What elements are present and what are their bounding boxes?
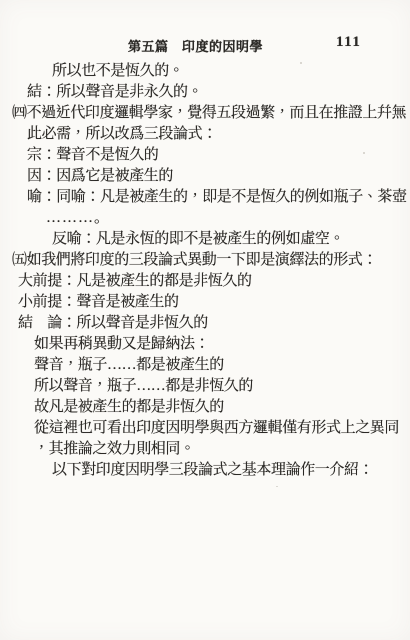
text-line: 聲音，瓶子……都是被產生的 (34, 355, 404, 376)
page-header: 第五篇 印度的因明學 111 (0, 36, 410, 56)
text-line: ，其推論之效力則相同。 (34, 439, 404, 460)
text-line: 反喻：凡是永恆的即不是被產生的例如虛空。 (52, 229, 404, 250)
text-line: ㈤如我們將印度的三段論式異動一下即是演繹法的形式： (12, 250, 404, 271)
text-line: 宗：聲音不是恆久的 (27, 145, 404, 166)
text-line: 如果再稍異動又是歸納法： (34, 334, 404, 355)
scan-speck (300, 62, 302, 64)
scan-speck (276, 486, 278, 487)
text-line: 結 論：所以聲音是非恆久的 (18, 313, 404, 334)
text-line: ㈣不過近代印度邏輯學家，覺得五段過繁，而且在推證上幷無 (12, 103, 404, 124)
scan-speck (363, 152, 365, 154)
text-line: 以下對印度因明學三段論式之基本理論作一介紹： (52, 460, 404, 481)
book-page: 第五篇 印度的因明學 111 所以也不是恆久的。 結：所以聲音是非永久的。 ㈣不… (0, 0, 410, 640)
text-line: 小前提：聲音是被產生的 (18, 292, 404, 313)
page-number: 111 (336, 34, 361, 51)
text-line: 此必需，所以改爲三段論式： (27, 124, 404, 145)
text-line: 大前提：凡是被產生的都是非恆久的 (18, 271, 404, 292)
text-line: 結：所以聲音是非永久的。 (27, 82, 404, 103)
text-line: 所以也不是恆久的。 (52, 61, 404, 82)
text-line-ellipsis: ………。 (46, 208, 404, 229)
chapter-heading: 第五篇 印度的因明學 (128, 36, 263, 55)
text-line: 從這裡也可看出印度因明學與西方邏輯僅有形式上之異同 (34, 418, 404, 439)
text-line: 故凡是被產生的都是非恆久的 (34, 397, 404, 418)
text-line: 所以聲音，瓶子……都是非恆久的 (34, 376, 404, 397)
page-body: 所以也不是恆久的。 結：所以聲音是非永久的。 ㈣不過近代印度邏輯學家，覺得五段過… (12, 61, 404, 481)
text-line: 因：因爲它是被產生的 (27, 166, 404, 187)
text-line: 喻：同喻：凡是被產生的，即是不是恆久的例如瓶子、茶壺 (27, 187, 404, 208)
